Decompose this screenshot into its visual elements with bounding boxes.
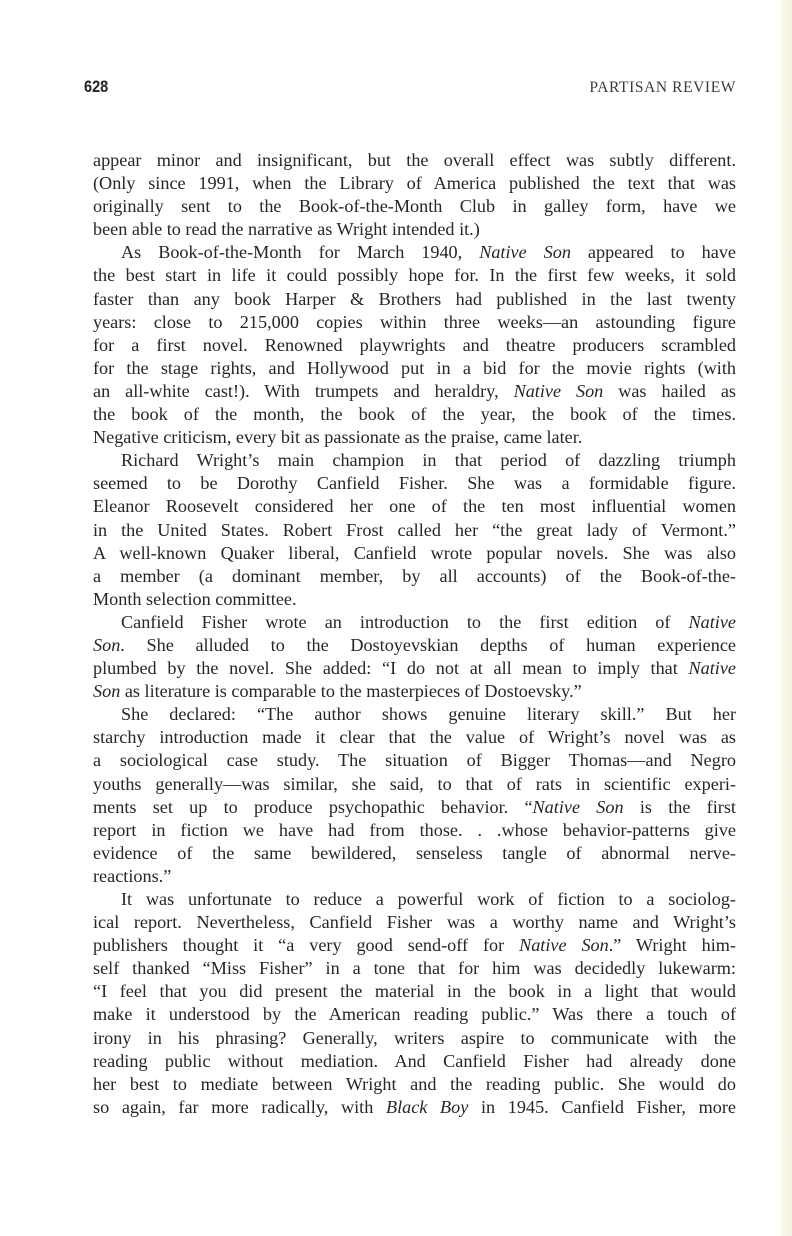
text-run: for the stage rights, and Hollywood put … [93, 358, 736, 378]
text-line: ments set up to produce psychopathic beh… [93, 796, 736, 819]
text-run: starchy introduction made it clear that … [93, 727, 736, 747]
text-run: self thanked “Miss Fisher” in a tone tha… [93, 958, 736, 978]
text-run: Month selection committee. [93, 589, 297, 609]
text-run: publishers thought it “a very good send-… [93, 935, 519, 955]
text-run: It was unfortunate to reduce a powerful … [121, 889, 736, 909]
italic-title: Son [93, 635, 120, 655]
text-line: so again, far more radically, with Black… [93, 1096, 736, 1119]
text-line: Son. She alluded to the Dostoyevskian de… [93, 634, 736, 657]
text-line: the best start in life it could possibly… [93, 264, 736, 287]
text-run: the best start in life it could possibly… [93, 265, 736, 285]
text-line: starchy introduction made it clear that … [93, 726, 736, 749]
text-run: for a first novel. Renowned playwrights … [93, 335, 736, 355]
text-line: It was unfortunate to reduce a powerful … [93, 888, 736, 911]
italic-title: Native Son [479, 242, 571, 262]
text-line: make it understood by the American readi… [93, 1003, 736, 1026]
text-line: “I feel that you did present the materia… [93, 980, 736, 1003]
text-line: publishers thought it “a very good send-… [93, 934, 736, 957]
text-line: Richard Wright’s main champion in that p… [93, 449, 736, 472]
text-run: Canfield Fisher wrote an introduction to… [121, 612, 689, 632]
text-run: make it understood by the American readi… [93, 1004, 736, 1024]
text-line: Month selection committee. [93, 588, 736, 611]
italic-title: Black Boy [386, 1097, 468, 1117]
text-line: self thanked “Miss Fisher” in a tone tha… [93, 957, 736, 980]
italic-title: Native Son [514, 381, 604, 401]
text-line: faster than any book Harper & Brothers h… [93, 288, 736, 311]
text-run: Eleanor Roosevelt considered her one of … [93, 496, 736, 516]
text-line: years: close to 215,000 copies within th… [93, 311, 736, 334]
text-run: been able to read the narrative as Wrigh… [93, 219, 480, 239]
text-line: for the stage rights, and Hollywood put … [93, 357, 736, 380]
text-run: a sociological case study. The situation… [93, 750, 736, 770]
text-run: reactions.” [93, 866, 171, 886]
running-head: 628 PARTISAN REVIEW [84, 78, 736, 102]
text-line: originally sent to the Book-of-the-Month… [93, 195, 736, 218]
text-line: ical report. Nevertheless, Canfield Fish… [93, 911, 736, 934]
text-line: irony in his phrasing? Generally, writer… [93, 1027, 736, 1050]
text-run: ments set up to produce psychopathic beh… [93, 797, 533, 817]
italic-title: Native [689, 612, 736, 632]
italic-title: Son [93, 681, 120, 701]
text-run: in the United States. Robert Frost calle… [93, 520, 736, 540]
text-line: As Book-of-the-Month for March 1940, Nat… [93, 241, 736, 264]
text-line: her best to mediate between Wright and t… [93, 1073, 736, 1096]
text-run: She declared: “The author shows genuine … [121, 704, 736, 724]
text-line: youths generally—was similar, she said, … [93, 773, 736, 796]
text-line: Negative criticism, every bit as passion… [93, 426, 736, 449]
journal-title: PARTISAN REVIEW [589, 79, 736, 97]
text-run: so again, far more radically, with [93, 1097, 386, 1117]
text-line: Canfield Fisher wrote an introduction to… [93, 611, 736, 634]
text-run: reading public without mediation. And Ca… [93, 1051, 736, 1071]
text-line: a sociological case study. The situation… [93, 749, 736, 772]
text-run: ical report. Nevertheless, Canfield Fish… [93, 912, 736, 932]
text-line: Son as literature is comparable to the m… [93, 680, 736, 703]
text-run: “I feel that you did present the materia… [93, 981, 736, 1001]
text-line: She declared: “The author shows genuine … [93, 703, 736, 726]
text-run: A well-known Quaker liberal, Canfield wr… [93, 543, 736, 563]
text-run: youths generally—was similar, she said, … [93, 774, 736, 794]
text-run: . She alluded to the Dostoyevskian depth… [120, 635, 736, 655]
text-line: appear minor and insignificant, but the … [93, 149, 736, 172]
italic-title: Native Son [533, 797, 624, 817]
text-run: Negative criticism, every bit as passion… [93, 427, 582, 447]
text-line: reading public without mediation. And Ca… [93, 1050, 736, 1073]
text-run: originally sent to the Book-of-the-Month… [93, 196, 736, 216]
body-text: appear minor and insignificant, but the … [93, 149, 736, 1119]
text-line: been able to read the narrative as Wrigh… [93, 218, 736, 241]
text-line: a member (a dominant member, by all acco… [93, 565, 736, 588]
text-line: plumbed by the novel. She added: “I do n… [93, 657, 736, 680]
text-line: seemed to be Dorothy Canfield Fisher. Sh… [93, 472, 736, 495]
text-line: (Only since 1991, when the Library of Am… [93, 172, 736, 195]
text-run: Richard Wright’s main champion in that p… [121, 450, 736, 470]
text-line: evidence of the same bewildered, sensele… [93, 842, 736, 865]
text-run: report in fiction we have had from those… [93, 820, 736, 840]
text-run: As Book-of-the-Month for March 1940, [121, 242, 479, 262]
text-line: Eleanor Roosevelt considered her one of … [93, 495, 736, 518]
text-line: for a first novel. Renowned playwrights … [93, 334, 736, 357]
text-line: an all-white cast!). With trumpets and h… [93, 380, 736, 403]
text-run: years: close to 215,000 copies within th… [93, 312, 736, 332]
italic-title: Native [689, 658, 736, 678]
page-number: 628 [84, 78, 108, 97]
text-line: A well-known Quaker liberal, Canfield wr… [93, 542, 736, 565]
text-run: faster than any book Harper & Brothers h… [93, 289, 736, 309]
text-line: report in fiction we have had from those… [93, 819, 736, 842]
text-run: irony in his phrasing? Generally, writer… [93, 1028, 736, 1048]
text-line: in the United States. Robert Frost calle… [93, 519, 736, 542]
text-run: evidence of the same bewildered, sensele… [93, 843, 736, 863]
text-run: her best to mediate between Wright and t… [93, 1074, 736, 1094]
text-run: is the first [624, 797, 736, 817]
text-run: appeared to have [571, 242, 736, 262]
page-binding-shadow [778, 0, 792, 1236]
text-run: .” Wright him- [609, 935, 736, 955]
text-run: as literature is comparable to the maste… [120, 681, 581, 701]
text-line: reactions.” [93, 865, 736, 888]
text-line: the book of the month, the book of the y… [93, 403, 736, 426]
text-run: a member (a dominant member, by all acco… [93, 566, 736, 586]
text-run: plumbed by the novel. She added: “I do n… [93, 658, 689, 678]
text-run: seemed to be Dorothy Canfield Fisher. Sh… [93, 473, 736, 493]
italic-title: Native Son [519, 935, 609, 955]
text-run: the book of the month, the book of the y… [93, 404, 736, 424]
text-run: appear minor and insignificant, but the … [93, 150, 736, 170]
text-run: was hailed as [603, 381, 736, 401]
text-run: in 1945. Canfield Fisher, more [468, 1097, 736, 1117]
text-run: an all-white cast!). With trumpets and h… [93, 381, 514, 401]
text-run: (Only since 1991, when the Library of Am… [93, 173, 736, 193]
